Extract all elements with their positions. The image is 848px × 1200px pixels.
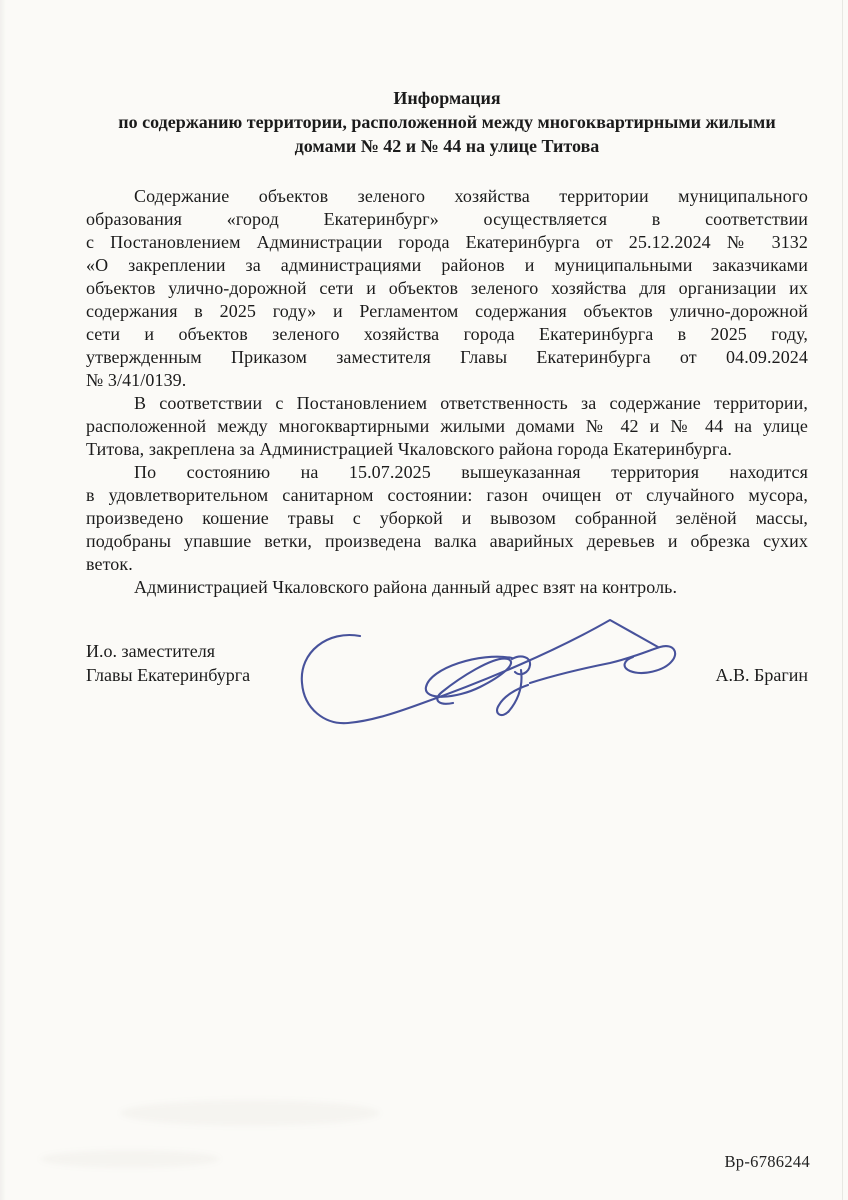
body-line: По состоянию на 15.07.2025 вышеуказанная… bbox=[86, 461, 808, 484]
body-line: Титова, закреплена за Администрацией Чка… bbox=[86, 438, 808, 461]
body-line: утвержденным Приказом заместителя Главы … bbox=[86, 346, 808, 369]
document-title: Информация по содержанию территории, рас… bbox=[86, 86, 808, 158]
signatory-position: И.о. заместителя Главы Екатеринбурга bbox=[86, 639, 250, 687]
body-line: Администрацией Чкаловского района данный… bbox=[86, 576, 808, 599]
scan-edge-shading-left bbox=[0, 0, 6, 1200]
title-line-1: Информация bbox=[86, 86, 808, 110]
title-line-2: по содержанию территории, расположенной … bbox=[86, 110, 808, 134]
scan-edge-line-right bbox=[842, 0, 843, 1200]
signatory-name: А.В. Брагин bbox=[716, 663, 808, 687]
body-line: № 3/41/0139. bbox=[86, 369, 808, 392]
body-line: подобраны упавшие ветки, произведена вал… bbox=[86, 530, 808, 553]
body-line: Содержание объектов зеленого хозяйства т… bbox=[86, 185, 808, 208]
body-line: с Постановлением Администрации города Ек… bbox=[86, 231, 808, 254]
body-line: содержания в 2025 году» и Регламентом со… bbox=[86, 300, 808, 323]
body-line: образования «город Екатеринбург» осущест… bbox=[86, 208, 808, 231]
body-line: веток. bbox=[86, 553, 808, 576]
scan-smudge bbox=[40, 1150, 220, 1168]
body-line: произведено кошение травы с уборкой и вы… bbox=[86, 507, 808, 530]
body-line: в удовлетворительном санитарном состояни… bbox=[86, 484, 808, 507]
body-line: объектов улично-дорожной сети и объектов… bbox=[86, 277, 808, 300]
body-line: В соответствии с Постановлением ответств… bbox=[86, 392, 808, 415]
signatory-position-line-1: И.о. заместителя bbox=[86, 639, 250, 663]
body-line: расположенной между многоквартирными жил… bbox=[86, 415, 808, 438]
body-line: сети и объектов зеленого хозяйства город… bbox=[86, 323, 808, 346]
document-content: Информация по содержанию территории, рас… bbox=[86, 86, 808, 687]
scanned-document-page: Информация по содержанию территории, рас… bbox=[0, 0, 848, 1200]
title-line-3: домами № 42 и № 44 на улице Титова bbox=[86, 134, 808, 158]
document-body: Содержание объектов зеленого хозяйства т… bbox=[86, 185, 808, 599]
scan-smudge bbox=[120, 1100, 380, 1126]
document-number: Вр-6786244 bbox=[725, 1152, 811, 1172]
signatory-position-line-2: Главы Екатеринбурга bbox=[86, 663, 250, 687]
signature-block: И.о. заместителя Главы Екатеринбурга А.В… bbox=[86, 639, 808, 687]
body-line: «О закреплении за администрациями районо… bbox=[86, 254, 808, 277]
